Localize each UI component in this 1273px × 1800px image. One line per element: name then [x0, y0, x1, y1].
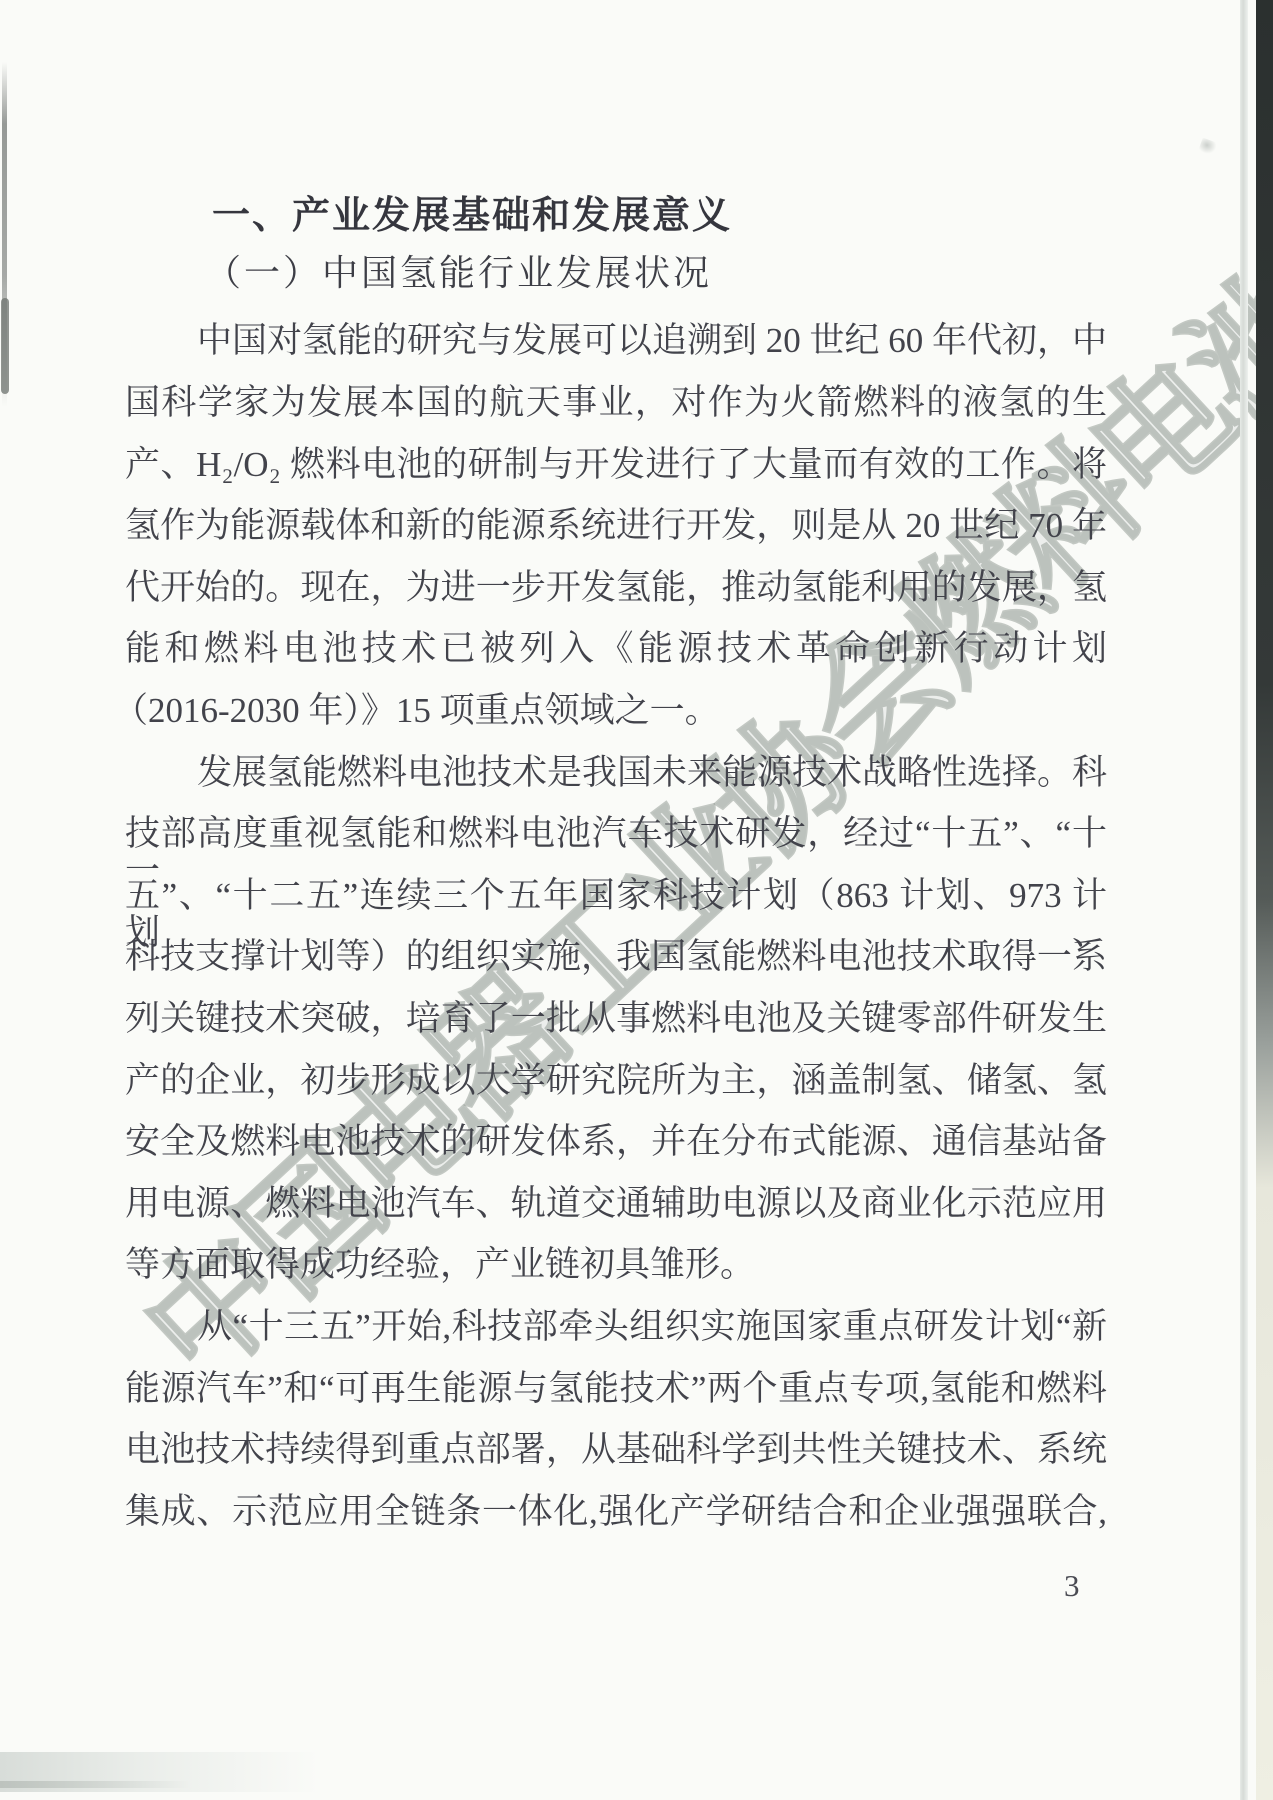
text-line: 国科学家为发展本国的航天事业，对作为火箭燃料的液氢的生 [125, 384, 1107, 422]
page-number: 3 [1064, 1568, 1080, 1604]
text-line: 技部高度重视氢能和燃料电池汽车技术研发，经过“十五”、“十一 [125, 815, 1107, 853]
text-line: 能和燃料电池技术已被列入《能源技术革命创新行动计划 [125, 630, 1107, 668]
text-line: 电池技术持续得到重点部署，从基础科学到共性关键技术、系统 [125, 1431, 1107, 1469]
subsection-heading: （一）中国氢能行业发展状况 [205, 254, 1105, 292]
scan-shadow-line [0, 1781, 190, 1788]
text-line: 产的企业，初步形成以大学研究院所为主，涵盖制氢、储氢、氢 [125, 1062, 1107, 1100]
text-line: （2016-2030 年）》15 项重点领域之一。 [113, 692, 1095, 730]
text-line: 五”、“十二五”连续三个五年国家科技计划（863 计划、973 计划、 [125, 877, 1107, 915]
text-line: 科技支撑计划等）的组织实施，我国氢能燃料电池技术取得一系 [125, 938, 1107, 976]
text-line: 氢作为能源载体和新的能源系统进行开发，则是从 20 世纪 70 年 [125, 507, 1107, 545]
text-line: 代开始的。现在，为进一步开发氢能，推动氢能利用的发展，氢 [125, 569, 1107, 607]
section-heading: 一、产业发展基础和发展意义 [212, 196, 1112, 236]
text-line: 中国对氢能的研究与发展可以追溯到 20 世纪 60 年代初，中 [125, 322, 1107, 360]
text-line: 发展氢能燃料电池技术是我国未来能源技术战略性选择。科 [125, 754, 1107, 792]
scan-edge-line [1240, 0, 1248, 1800]
text-line: 等方面取得成功经验，产业链初具雏形。 [125, 1246, 1107, 1284]
text-line: 列关键技术突破，培育了一批从事燃料电池及关键零部件研发生 [125, 1000, 1107, 1038]
text-line: 能源汽车”和“可再生能源与氢能技术”两个重点专项,氢能和燃料 [125, 1370, 1107, 1408]
text-line: 产、H₂/O₂ 燃料电池的研制与开发进行了大量而有效的工作。将 [125, 446, 1107, 484]
text-line: 用电源、燃料电池汽车、轨道交通辅助电源以及商业化示范应用 [125, 1185, 1107, 1223]
scan-dust-speck [1198, 138, 1218, 157]
text-line: 从“十三五”开始,科技部牵头组织实施国家重点研发计划“新 [125, 1308, 1107, 1346]
text-line: 集成、示范应用全链条一体化,强化产学研结合和企业强强联合, [125, 1493, 1107, 1531]
text-line: 安全及燃料电池技术的研发体系，并在分布式能源、通信基站备 [125, 1123, 1107, 1161]
scan-edge-blob [1, 298, 9, 394]
scanned-document-page: 中国电器工业协会燃料电池分会 一、产业发展基础和发展意义 （一）中国氢能行业发展… [0, 0, 1273, 1800]
scan-edge-dark-band [1256, 0, 1273, 1800]
